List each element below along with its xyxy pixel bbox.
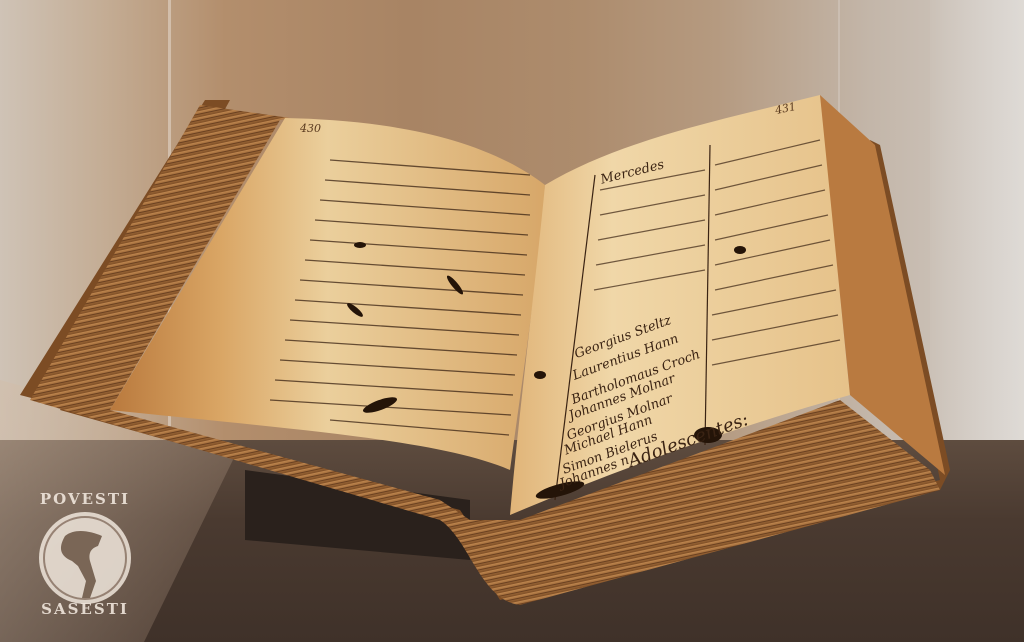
watermark-bottom-text: SASESTI — [30, 600, 140, 618]
left-page-number: 430 — [300, 122, 321, 135]
povesti-sasesti-watermark: POVESTI SASESTI — [30, 488, 140, 628]
museum-display-photo: 430 431 Mercedes Georgius Steltz Laurent… — [0, 0, 1024, 642]
open-book — [0, 0, 1024, 642]
